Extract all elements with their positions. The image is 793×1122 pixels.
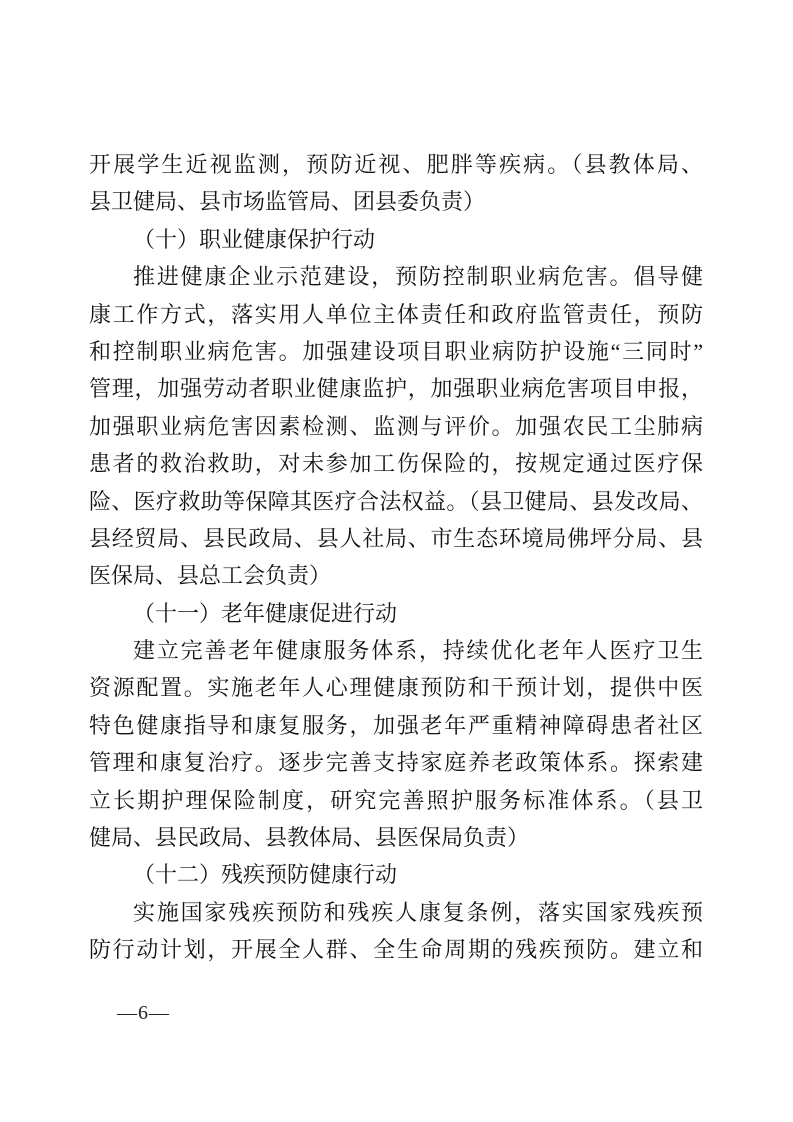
body-line: 加强职业病危害因素检测、监测与评价。加强农民工尘肺病 xyxy=(89,408,703,445)
body-line: 资源配置。实施老年人心理健康预防和干预计划，提供中医 xyxy=(89,669,703,706)
body-line: 患者的救治救助，对未参加工伤保险的，按规定通过医疗保 xyxy=(89,445,703,482)
body-line: 医保局、县总工会负责） xyxy=(89,557,703,594)
section-heading: （十一）老年健康促进行动 xyxy=(89,595,703,632)
body-line: 管理，加强劳动者职业健康监护，加强职业病危害项目申报， xyxy=(89,370,703,407)
body-line: 县经贸局、县民政局、县人社局、市生态环境局佛坪分局、县 xyxy=(89,520,703,557)
section-heading: （十）职业健康保护行动 xyxy=(89,221,703,258)
body-line: 管理和康复治疗。逐步完善支持家庭养老政策体系。探索建 xyxy=(89,744,703,781)
body-line: 康工作方式，落实用人单位主体责任和政府监管责任，预防 xyxy=(89,296,703,333)
body-line: 险、医疗救助等保障其医疗合法权益。（县卫健局、县发改局、 xyxy=(89,483,703,520)
body-line: 开展学生近视监测，预防近视、肥胖等疾病。（县教体局、 xyxy=(89,146,703,183)
body-line: 和控制职业病危害。加强建设项目职业病防护设施“三同时” xyxy=(89,333,703,370)
body-line: 推进健康企业示范建设，预防控制职业病危害。倡导健 xyxy=(89,258,703,295)
body-line: 建立完善老年健康服务体系，持续优化老年人医疗卫生 xyxy=(89,632,703,669)
body-line: 防行动计划，开展全人群、全生命周期的残疾预防。建立和 xyxy=(89,931,703,968)
body-line: 立长期护理保险制度，研究完善照护服务标准体系。（县卫 xyxy=(89,782,703,819)
page-number: —6— xyxy=(117,1000,170,1026)
body-line: 健局、县民政局、县教体局、县医保局负责） xyxy=(89,819,703,856)
body-line: 特色健康指导和康复服务，加强老年严重精神障碍患者社区 xyxy=(89,707,703,744)
body-line: 实施国家残疾预防和残疾人康复条例，落实国家残疾预 xyxy=(89,894,703,931)
section-heading: （十二）残疾预防健康行动 xyxy=(89,856,703,893)
document-body: 开展学生近视监测，预防近视、肥胖等疾病。（县教体局、 县卫健局、县市场监管局、团… xyxy=(89,146,703,969)
document-page: 开展学生近视监测，预防近视、肥胖等疾病。（县教体局、 县卫健局、县市场监管局、团… xyxy=(0,0,793,1122)
body-line: 县卫健局、县市场监管局、团县委负责） xyxy=(89,183,703,220)
